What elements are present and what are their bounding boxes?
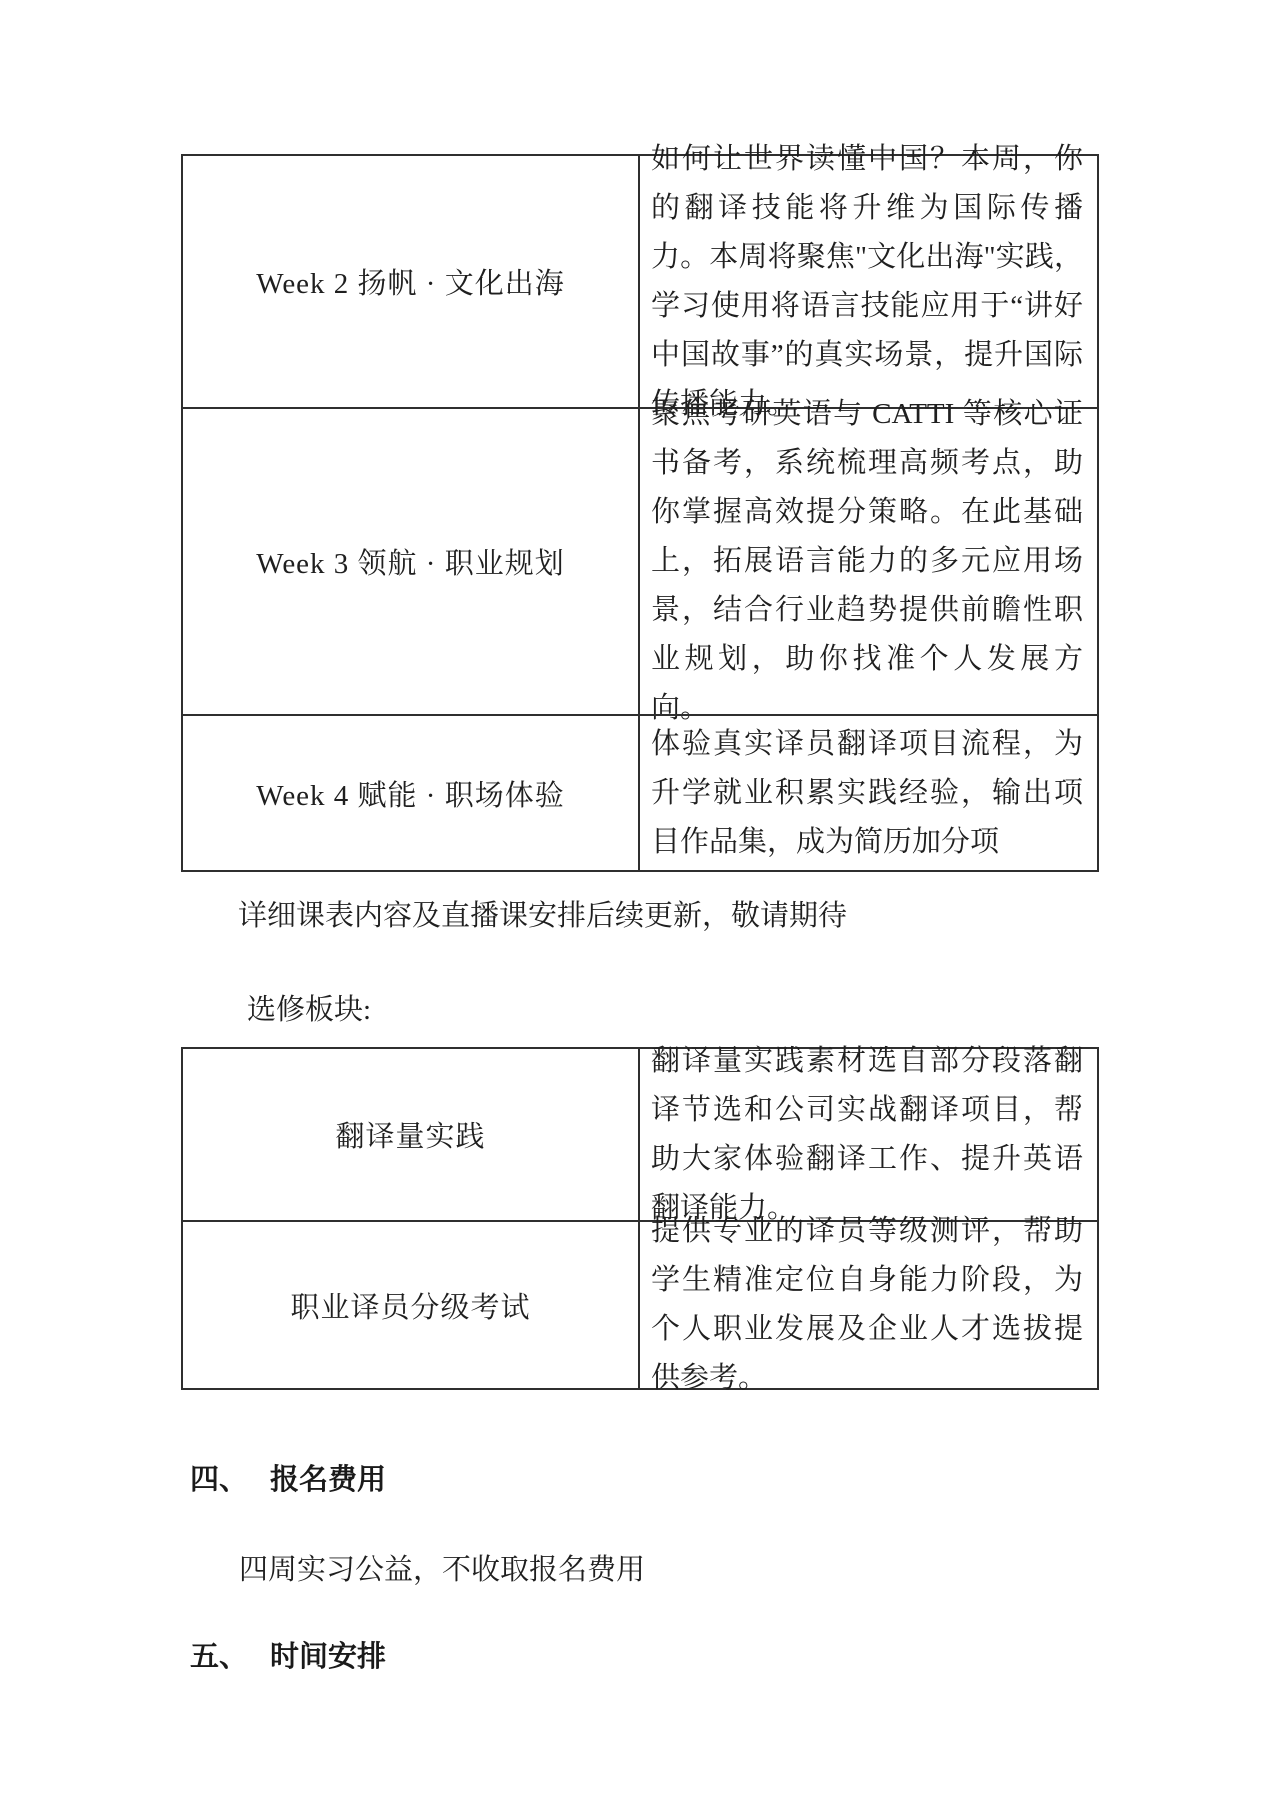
table-row-week-4: Week 4 赋能 · 职场体验 体验真实译员翻译项目流程，为升学就业积累实践经… <box>183 714 1097 870</box>
week-3-description-cell: 聚焦考研英语与 CATTI 等核心证书备考，系统梳理高频考点，助你掌握高效提分策… <box>640 409 1097 714</box>
section-5-heading: 五、时间安排 <box>190 1635 386 1679</box>
table-row-translation-practice: 翻译量实践 翻译量实践素材选自部分段落翻译节选和公司实战翻译项目，帮助大家体验翻… <box>183 1049 1097 1220</box>
translation-practice-description-cell: 翻译量实践素材选自部分段落翻译节选和公司实战翻译项目，帮助大家体验翻译工作、提升… <box>640 1049 1097 1220</box>
week-4-description: 体验真实译员翻译项目流程，为升学就业积累实践经验，输出项目作品集，成为简历加分项 <box>651 720 1083 867</box>
translation-practice-label: 翻译量实践 <box>183 1049 640 1220</box>
table-row-translator-grading-exam: 职业译员分级考试 提供专业的译员等级测评，帮助学生精准定位自身能力阶段，为个人职… <box>183 1220 1097 1388</box>
elective-modules-table: 翻译量实践 翻译量实践素材选自部分段落翻译节选和公司实战翻译项目，帮助大家体验翻… <box>181 1047 1099 1390</box>
week-3-label: Week 3 领航 · 职业规划 <box>183 409 640 714</box>
week-4-label: Week 4 赋能 · 职场体验 <box>183 716 640 870</box>
schedule-update-note: 详细课表内容及直播课安排后续更新，敬请期待 <box>238 894 847 938</box>
week-3-description: 聚焦考研英语与 CATTI 等核心证书备考，系统梳理高频考点，助你掌握高效提分策… <box>651 390 1083 733</box>
elective-section-heading: 选修板块: <box>247 988 371 1032</box>
translation-practice-description: 翻译量实践素材选自部分段落翻译节选和公司实战翻译项目，帮助大家体验翻译工作、提升… <box>651 1037 1083 1233</box>
section-4-heading: 四、报名费用 <box>190 1458 386 1502</box>
section-4-number: 四、 <box>190 1464 248 1496</box>
section-5-number: 五、 <box>190 1641 248 1673</box>
translator-grading-exam-description: 提供专业的译员等级测评，帮助学生精准定位自身能力阶段，为个人职业发展及企业人才选… <box>651 1207 1083 1403</box>
translator-grading-exam-description-cell: 提供专业的译员等级测评，帮助学生精准定位自身能力阶段，为个人职业发展及企业人才选… <box>640 1222 1097 1388</box>
section-5-title: 时间安排 <box>270 1641 386 1673</box>
week-2-description: 如何让世界读懂中国？本周，你的翻译技能将升维为国际传播力。本周将聚焦"文化出海"… <box>651 135 1083 429</box>
document-page: Week 2 扬帆 · 文化出海 如何让世界读懂中国？本周，你的翻译技能将升维为… <box>0 0 1280 1810</box>
week-4-description-cell: 体验真实译员翻译项目流程，为升学就业积累实践经验，输出项目作品集，成为简历加分项 <box>640 716 1097 870</box>
table-row-week-2: Week 2 扬帆 · 文化出海 如何让世界读懂中国？本周，你的翻译技能将升维为… <box>183 156 1097 407</box>
week-2-label: Week 2 扬帆 · 文化出海 <box>183 156 640 407</box>
week-2-description-cell: 如何让世界读懂中国？本周，你的翻译技能将升维为国际传播力。本周将聚焦"文化出海"… <box>640 156 1097 407</box>
weekly-schedule-table: Week 2 扬帆 · 文化出海 如何让世界读懂中国？本周，你的翻译技能将升维为… <box>181 154 1099 872</box>
section-4-body: 四周实习公益，不收取报名费用 <box>239 1548 645 1592</box>
translator-grading-exam-label: 职业译员分级考试 <box>183 1222 640 1388</box>
section-4-title: 报名费用 <box>270 1464 386 1496</box>
table-row-week-3: Week 3 领航 · 职业规划 聚焦考研英语与 CATTI 等核心证书备考，系… <box>183 407 1097 714</box>
